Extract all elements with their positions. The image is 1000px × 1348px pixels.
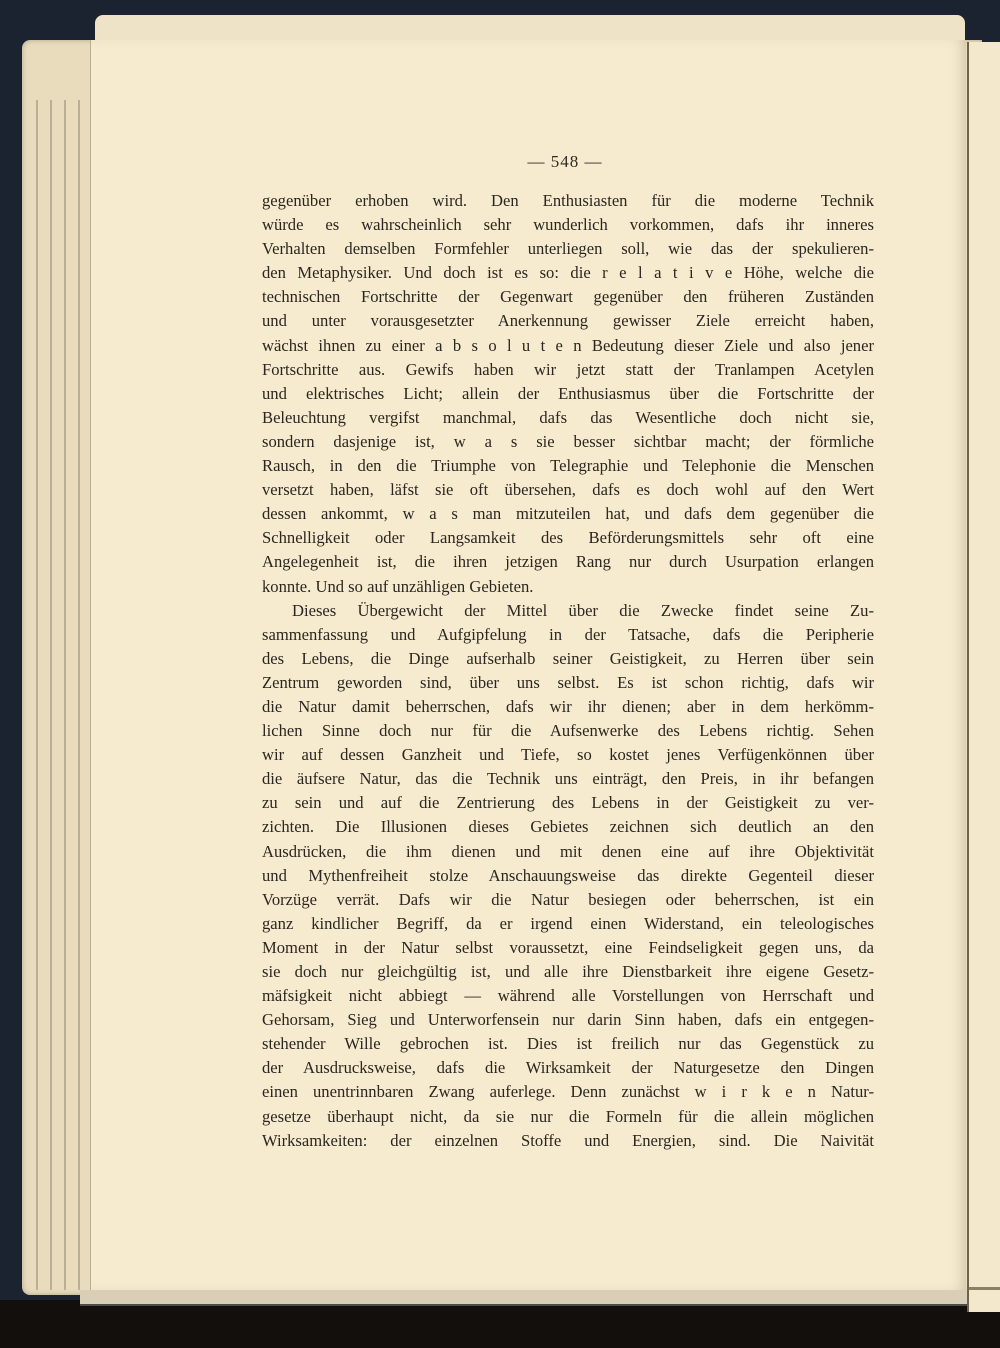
text-line: Beleuchtung vergifst manchmal, dafs das … xyxy=(262,406,874,430)
text-line: und Mythenfreiheit stolze Anschauungswei… xyxy=(262,864,874,888)
text-line: wir auf dessen Ganzheit und Tiefe, so ko… xyxy=(262,743,874,767)
text-line: Vorzüge verrät. Dafs wir die Natur besie… xyxy=(262,888,874,912)
facing-page-edge xyxy=(967,42,1000,1312)
text-line: lichen Sinne doch nur für die Aufsenwerk… xyxy=(262,719,874,743)
text-line: zichten. Die Illusionen dieses Gebietes … xyxy=(262,815,874,839)
text-line: sie doch nur gleichgültig ist, und alle … xyxy=(262,960,874,984)
text-line: Ausdrücken, die ihm dienen und mit denen… xyxy=(262,840,874,864)
text-line: versetzt haben, läfst sie oft übersehen,… xyxy=(262,478,874,502)
text-line: ganz kindlicher Begriff, da er irgend ei… xyxy=(262,912,874,936)
page-edge-line xyxy=(64,100,66,1290)
page-edge-line xyxy=(78,100,80,1290)
text-line: dessen ankommt, w a s man mitzuteilen ha… xyxy=(262,502,874,526)
text-line: Verhalten demselben Formfehler unterlieg… xyxy=(262,237,874,261)
text-line: Gehorsam, Sieg und Unterworfensein nur d… xyxy=(262,1008,874,1032)
text-line: Zentrum geworden sind, über uns selbst. … xyxy=(262,671,874,695)
text-line: sondern dasjenige ist, w a s sie besser … xyxy=(262,430,874,454)
text-line: den Metaphysiker. Und doch ist es so: di… xyxy=(262,261,874,285)
page-edge-line xyxy=(50,100,52,1290)
text-line: Moment in der Natur selbst voraussetzt, … xyxy=(262,936,874,960)
text-line: Angelegenheit ist, die ihren jetzigen Ra… xyxy=(262,550,874,574)
text-line: Rausch, in den die Triumphe von Telegrap… xyxy=(262,454,874,478)
text-line: sammenfassung und Aufgipfelung in der Ta… xyxy=(262,623,874,647)
text-line: Schnelligkeit oder Langsamkeit des Beför… xyxy=(262,526,874,550)
text-line: wächst ihnen zu einer a b s o l u t e n … xyxy=(262,334,874,358)
text-line: zu sein und auf die Zentrierung des Lebe… xyxy=(262,791,874,815)
text-line: gegenüber erhoben wird. Den Enthusiasten… xyxy=(262,189,874,213)
text-line: konnte. Und so auf unzähligen Gebieten. xyxy=(262,575,874,599)
text-line: technischen Fortschritte der Gegenwart g… xyxy=(262,285,874,309)
text-line: die Natur damit beherrschen, dafs wir ih… xyxy=(262,695,874,719)
page-edge-line xyxy=(969,1287,1000,1290)
text-line: Fortschritte aus. Gewifs haben wir jetzt… xyxy=(262,358,874,382)
text-line: stehender Wille gebrochen ist. Dies ist … xyxy=(262,1032,874,1056)
page-edge-line xyxy=(36,100,38,1290)
text-line: des Lebens, die Dinge aufserhalb seiner … xyxy=(262,647,874,671)
text-line: der Ausdrucksweise, dafs die Wirksamkeit… xyxy=(262,1056,874,1080)
paragraph-start-line: Dieses Übergewicht der Mittel über die Z… xyxy=(262,599,874,623)
text-line: Wirksamkeiten: der einzelnen Stoffe und … xyxy=(262,1129,874,1153)
text-line: die äufsere Natur, das die Technik uns e… xyxy=(262,767,874,791)
text-line: und unter vorausgesetzter Anerkennung ge… xyxy=(262,309,874,333)
page-number: — 548 — xyxy=(0,152,1000,172)
background-table xyxy=(0,1300,1000,1348)
text-line: mäfsigkeit nicht abbiegt — während alle … xyxy=(262,984,874,1008)
text-line: gesetze überhaupt nicht, da sie nur die … xyxy=(262,1105,874,1129)
text-line: einen unentrinnbaren Zwang auferlege. De… xyxy=(262,1080,874,1104)
body-text: gegenüber erhoben wird. Den Enthusiasten… xyxy=(262,189,874,1153)
page-stack-bottom-edge xyxy=(80,1290,970,1306)
text-line: und elektrisches Licht; allein der Enthu… xyxy=(262,382,874,406)
text-line: würde es wahrscheinlich sehr wunderlich … xyxy=(262,213,874,237)
